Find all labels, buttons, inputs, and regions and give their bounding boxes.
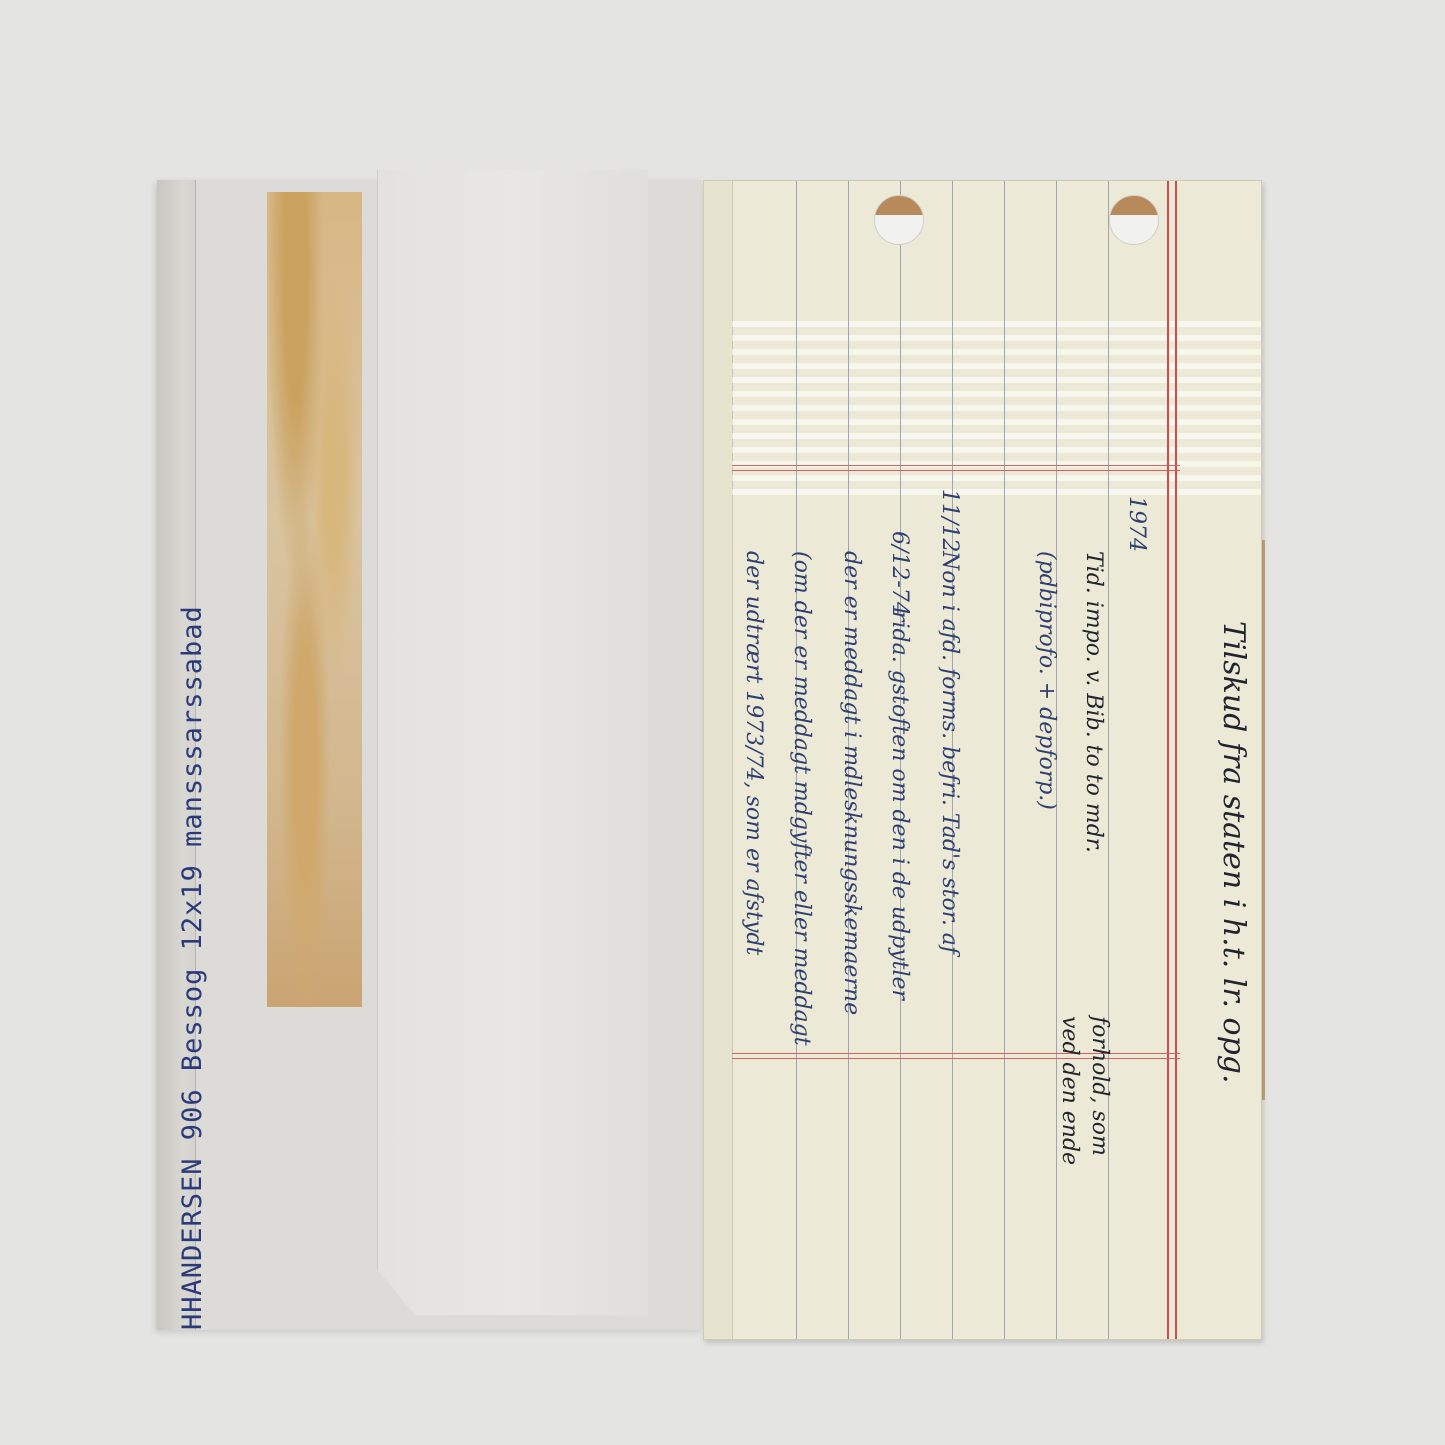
column-rule (1004, 181, 1005, 1339)
envelope-flap (377, 170, 648, 1315)
right-column-text: ved den ende (1057, 1016, 1082, 1165)
ledger-card: Tilskud fra staten i h.t. lr. opg. forho… (703, 180, 1262, 1340)
entry-text: (pdbiprofo. + depforp.) (1034, 551, 1059, 810)
entry-text: Tid. impo. v. Bib. to to mdr. (1081, 551, 1106, 853)
envelope: HHANDERSEN 906 Bessog 12x19 mansssarssab… (157, 180, 702, 1330)
ledger-margin (704, 181, 733, 1339)
red-row-line (732, 1053, 1180, 1059)
red-row-line (732, 465, 1180, 471)
entry-text: der er meddagt i mdlesknungsskemaerne (839, 551, 864, 1015)
right-column-text: forhold, som (1087, 1016, 1112, 1156)
entry-text: der udtrært 1973/74, som er afstydt (741, 551, 766, 955)
column-rule (1108, 181, 1109, 1339)
envelope-handwritten-label: HHANDERSEN 906 Bessog 12x19 mansssarssab… (177, 730, 208, 1330)
entry-text: rida. gstoften om den i de udpytler (887, 611, 912, 1000)
punch-hole (874, 195, 924, 245)
punch-hole (1109, 195, 1159, 245)
entry-date: 1974 (1124, 496, 1149, 552)
ledger-heading: Tilskud fra staten i h.t. lr. opg. (1216, 621, 1251, 1084)
entry-text: (om der er meddagt mdgyfter eller meddag… (789, 551, 814, 1046)
entry-date: 11/12 (937, 489, 962, 552)
entry-text: Non i afd. forms. befri. Tad's stor. af (937, 551, 962, 954)
envelope-gum-strip (267, 192, 362, 1007)
ledger-stripes (732, 321, 1261, 501)
red-margin-line (1167, 181, 1177, 1339)
entry-text: 6/12-74 (887, 531, 912, 616)
